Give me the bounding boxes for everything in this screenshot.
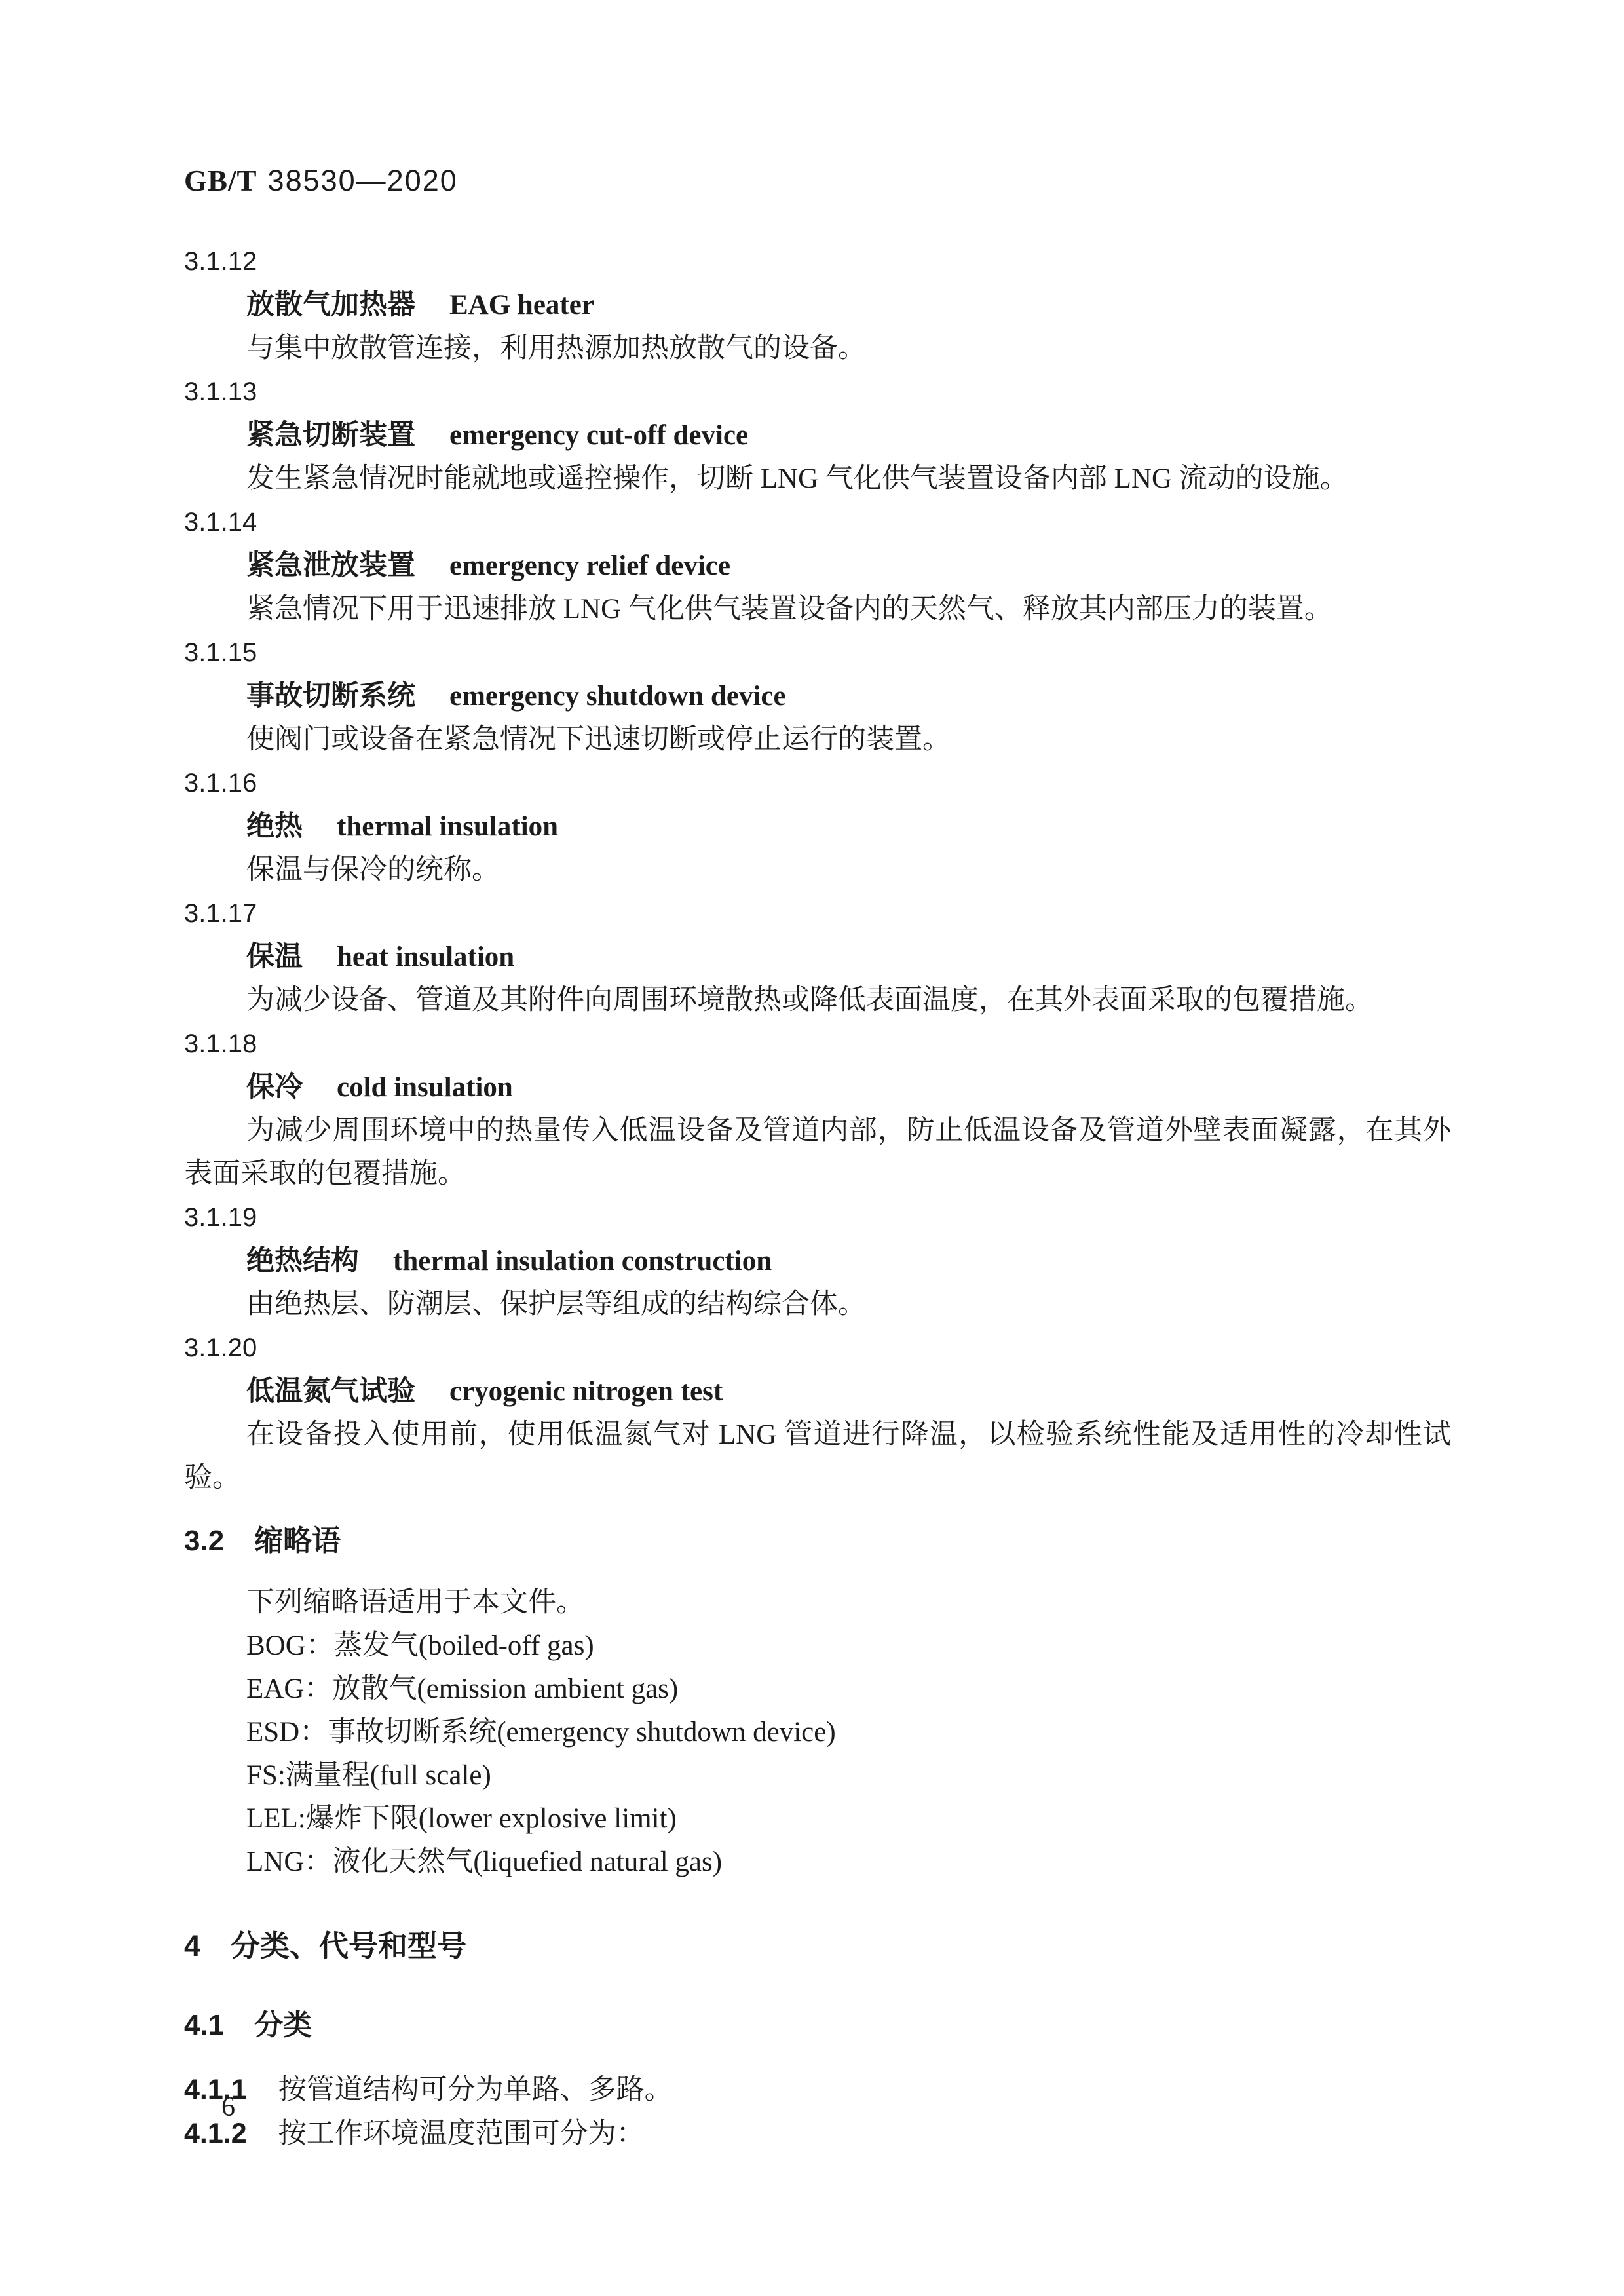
term-definition: 在设备投入使用前，使用低温氮气对 LNG 管道进行降温，以检验系统性能及适用性的…: [184, 1413, 1451, 1500]
term-line: 绝热thermal insulation: [184, 805, 1451, 849]
term-entry-number: 3.1.15: [184, 631, 1451, 674]
term-zh: 绝热结构: [246, 1245, 359, 1276]
term-definition: 由绝热层、防潮层、保护层等组成的结构综合体。: [184, 1283, 1451, 1326]
standard-code-number: 38530—2020: [268, 164, 458, 197]
section-title: 分类: [254, 2009, 312, 2041]
term-definition: 使阀门或设备在紧急情况下迅速切断或停止运行的装置。: [184, 718, 1451, 761]
term-entry: 3.1.12 放散气加热器EAG heater 与集中放散管连接，利用热源加热放…: [184, 240, 1451, 370]
term-line: 紧急切断装置emergency cut-off device: [184, 413, 1451, 457]
standard-code-prefix: GB/T: [184, 164, 257, 197]
section-title: 分类、代号和型号: [231, 1929, 466, 1962]
term-zh: 低温氮气试验: [246, 1375, 415, 1407]
term-entry-number: 3.1.20: [184, 1326, 1451, 1369]
term-entry: 3.1.18 保冷cold insulation 为减少周围环境中的热量传入低温…: [184, 1022, 1451, 1196]
term-zh: 绝热: [246, 811, 303, 842]
clause-4-1-1: 4.1.1按管道结构可分为单路、多路。: [184, 2068, 1451, 2112]
term-line: 放散气加热器EAG heater: [184, 283, 1451, 327]
term-entry-number: 3.1.18: [184, 1022, 1451, 1065]
term-entry-number: 3.1.12: [184, 240, 1451, 283]
term-entry: 3.1.15 事故切断系统emergency shutdown device 使…: [184, 631, 1451, 761]
term-entry: 3.1.19 绝热结构thermal insulation constructi…: [184, 1196, 1451, 1326]
section-number: 4.1: [184, 2009, 224, 2041]
section-number: 4: [184, 1929, 200, 1962]
term-en: cold insulation: [337, 1072, 513, 1103]
abbreviation-item: LEL:爆炸下限(lower explosive limit): [184, 1797, 1451, 1841]
term-definition: 与集中放散管连接，利用热源加热放散气的设备。: [184, 327, 1451, 370]
clause-text: 按管道结构可分为单路、多路。: [278, 2075, 673, 2105]
term-en: emergency relief device: [449, 550, 730, 581]
section-heading-4: 4分类、代号和型号: [184, 1924, 1451, 1968]
term-definition: 为减少设备、管道及其附件向周围环境散热或降低表面温度，在其外表面采取的包覆措施。: [184, 979, 1451, 1022]
section-number: 3.2: [184, 1525, 224, 1557]
term-en: emergency shutdown device: [449, 681, 786, 712]
term-zh: 放散气加热器: [246, 289, 415, 320]
term-definition: 保温与保冷的统称。: [184, 849, 1451, 892]
abbreviation-item: BOG：蒸发气(boiled-off gas): [184, 1624, 1451, 1668]
abbreviations-intro: 下列缩略语适用于本文件。: [184, 1581, 1451, 1624]
term-en: heat insulation: [337, 942, 514, 972]
term-en: thermal insulation construction: [393, 1246, 772, 1276]
page-content: 3.1.12 放散气加热器EAG heater 与集中放散管连接，利用热源加热放…: [184, 240, 1451, 2156]
term-entry: 3.1.17 保温heat insulation 为减少设备、管道及其附件向周围…: [184, 892, 1451, 1022]
page-number: 6: [221, 2088, 235, 2127]
document-page: GB/T38530—2020 3.1.12 放散气加热器EAG heater 与…: [0, 0, 1624, 2296]
abbreviation-item: ESD：事故切断系统(emergency shutdown device): [184, 1711, 1451, 1754]
term-entry-number: 3.1.19: [184, 1196, 1451, 1239]
term-line: 绝热结构thermal insulation construction: [184, 1239, 1451, 1283]
term-en: thermal insulation: [337, 811, 558, 842]
running-header: GB/T38530—2020: [184, 164, 458, 198]
term-entry-number: 3.1.13: [184, 370, 1451, 413]
clause-number: 4.1.2: [184, 2118, 247, 2149]
term-entry-number: 3.1.14: [184, 501, 1451, 544]
abbreviation-item: EAG：放散气(emission ambient gas): [184, 1668, 1451, 1711]
abbreviation-item: LNG：液化天然气(liquefied natural gas): [184, 1841, 1451, 1884]
term-entry: 3.1.16 绝热thermal insulation 保温与保冷的统称。: [184, 761, 1451, 892]
term-zh: 紧急切断装置: [246, 419, 415, 451]
section-heading-4-1: 4.1分类: [184, 2004, 1451, 2047]
term-zh: 保温: [246, 941, 303, 972]
term-zh: 事故切断系统: [246, 680, 415, 712]
term-line: 保冷cold insulation: [184, 1065, 1451, 1109]
section-heading-3-2: 3.2缩略语: [184, 1520, 1451, 1563]
term-definition: 为减少周围环境中的热量传入低温设备及管道内部，防止低温设备及管道外壁表面凝露，在…: [184, 1109, 1451, 1196]
term-zh: 紧急泄放装置: [246, 550, 415, 581]
section-title: 缩略语: [254, 1525, 341, 1557]
term-line: 低温氮气试验cryogenic nitrogen test: [184, 1369, 1451, 1413]
term-en: cryogenic nitrogen test: [449, 1376, 723, 1407]
term-en: EAG heater: [449, 290, 594, 320]
term-entry-number: 3.1.17: [184, 892, 1451, 935]
term-en: emergency cut-off device: [449, 420, 748, 451]
term-definition: 发生紧急情况时能就地或遥控操作，切断 LNG 气化供气装置设备内部 LNG 流动…: [184, 457, 1451, 501]
term-entry: 3.1.14 紧急泄放装置emergency relief device 紧急情…: [184, 501, 1451, 631]
term-entry: 3.1.13 紧急切断装置emergency cut-off device 发生…: [184, 370, 1451, 501]
term-line: 事故切断系统emergency shutdown device: [184, 674, 1451, 718]
clause-4-1-2: 4.1.2按工作环境温度范围可分为：: [184, 2112, 1451, 2156]
term-definition: 紧急情况下用于迅速排放 LNG 气化供气装置设备内的天然气、释放其内部压力的装置…: [184, 588, 1451, 631]
term-line: 紧急泄放装置emergency relief device: [184, 544, 1451, 588]
clause-number: 4.1.1: [184, 2074, 247, 2105]
clause-text: 按工作环境温度范围可分为：: [278, 2118, 645, 2149]
abbreviation-item: FS:满量程(full scale): [184, 1754, 1451, 1797]
term-entry-number: 3.1.16: [184, 761, 1451, 805]
term-zh: 保冷: [246, 1071, 303, 1103]
term-line: 保温heat insulation: [184, 935, 1451, 979]
term-entry: 3.1.20 低温氮气试验cryogenic nitrogen test 在设备…: [184, 1326, 1451, 1500]
